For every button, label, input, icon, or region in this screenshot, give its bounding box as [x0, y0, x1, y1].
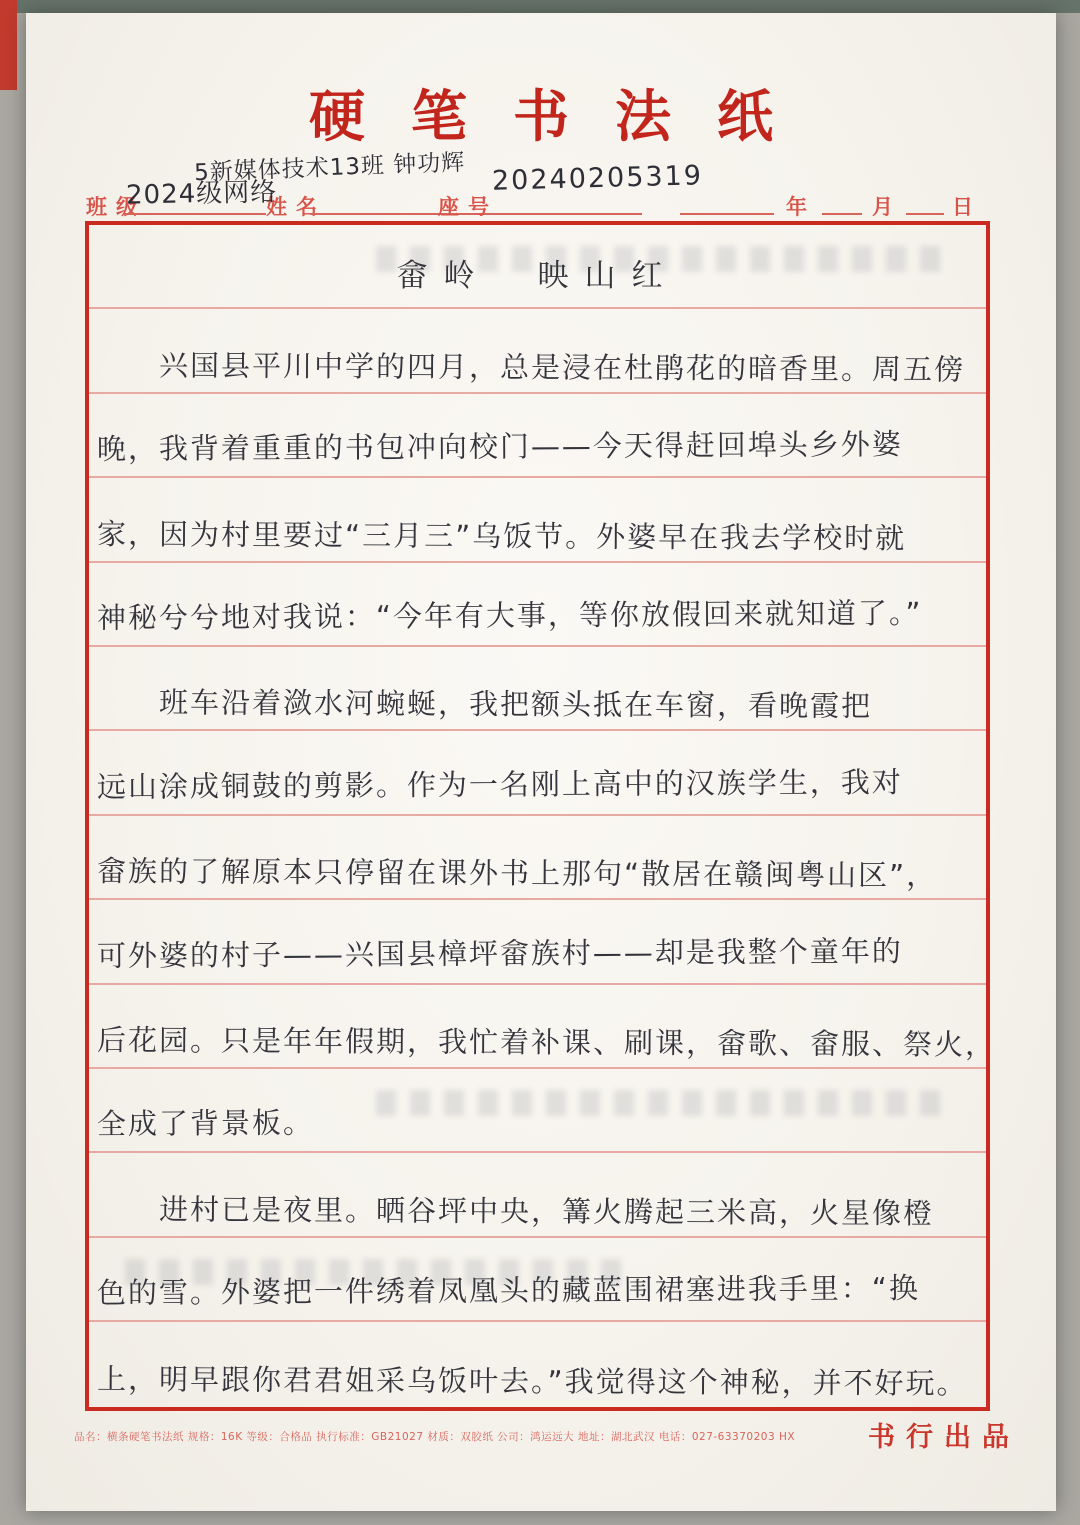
- essay-line: 远山涂成铜鼓的剪影。作为一名刚上高中的汉族学生，我对: [89, 731, 986, 815]
- month-label: 月: [872, 191, 893, 221]
- adjacent-page-edge: [0, 0, 17, 90]
- handwritten-class: 2024级网络: [126, 171, 278, 211]
- essay-line: 上，明早跟你君君姐采乌饭叶去。”我觉得这个神秘，并不好玩。: [89, 1322, 986, 1406]
- essay-line-text: 晚，我背着重重的书包冲向校门——今天得赶回埠头乡外婆: [97, 422, 903, 468]
- handwritten-seat: 20240205319: [492, 160, 704, 197]
- year-label: 年: [786, 191, 807, 221]
- publisher-mark: 书行出品: [868, 1415, 1020, 1454]
- essay-line-text: 家，因为村里要过“三月三”乌饭节。外婆早在我去学校时就: [97, 512, 906, 557]
- day-blank: [906, 185, 944, 215]
- essay-line-text: 畲族的了解原本只停留在课外书上那句“散居在赣闽粤山区”，: [97, 849, 937, 894]
- page-title: 硬笔书法纸: [26, 73, 1056, 153]
- essay-line: 后花园。只是年年假期，我忙着补课、刷课，畲歌、畲服、祭火，: [89, 985, 986, 1069]
- essay-line-text: 远山涂成铜鼓的剪影。作为一名刚上高中的汉族学生，我对: [97, 760, 903, 806]
- essay-line-text: 兴国县平川中学的四月，总是浸在杜鹃花的暗香里。周五傍: [97, 343, 965, 389]
- essay-line-text: 后花园。只是年年假期，我忙着补课、刷课，畲歌、畲服、祭火，: [97, 1018, 996, 1064]
- day-label: 日: [952, 191, 973, 221]
- essay-line: 班车沿着潋水河蜿蜒，我把额头抵在车窗，看晚霞把: [89, 647, 986, 731]
- essay-line: 家，因为村里要过“三月三”乌饭节。外婆早在我去学校时就: [89, 478, 986, 562]
- essay-line: 兴国县平川中学的四月，总是浸在杜鹃花的暗香里。周五傍: [89, 309, 986, 393]
- essay-title-row: 畲岭 映山红: [89, 225, 986, 309]
- essay-line-text: 神秘兮兮地对我说：“今年有大事，等你放假回来就知道了。”: [97, 591, 923, 637]
- essay-line: 全成了背景板。: [89, 1069, 986, 1153]
- essay-line: 进村已是夜里。晒谷坪中央，篝火腾起三米高，火星像橙: [89, 1153, 986, 1237]
- essay-line: 畲族的了解原本只停留在课外书上那句“散居在赣闽粤山区”，: [89, 816, 986, 900]
- product-info: 品名：横条硬笔书法纸 规格：16K 等级：合格品 执行标准：GB21027 材质…: [74, 1429, 795, 1444]
- photo-edge-strip: [0, 0, 1080, 13]
- month-blank: [822, 185, 862, 215]
- essay-line-text: 班车沿着潋水河蜿蜒，我把额头抵在车窗，看晚霞把: [97, 680, 872, 725]
- essay-line: 可外婆的村子——兴国县樟坪畲族村——却是我整个童年的: [89, 900, 986, 984]
- essay-line-text: 可外婆的村子——兴国县樟坪畲族村——却是我整个童年的: [97, 929, 903, 975]
- calligraphy-paper: 硬笔书法纸 班级 姓名 座号 年 月 日 5新媒体技术13班 钟功辉 2024级…: [26, 13, 1056, 1511]
- essay-line-text: 全成了背景板。: [97, 1101, 314, 1143]
- essay-line-text: 上，明早跟你君君姐采乌饭叶去。”我觉得这个神秘，并不好玩。: [97, 1357, 968, 1403]
- essay-line-text: 色的雪。外婆把一件绣着凤凰头的藏蓝围裙塞进我手里：“换: [97, 1266, 920, 1312]
- essay-line: 神秘兮兮地对我说：“今年有大事，等你放假回来就知道了。”: [89, 563, 986, 647]
- essay-line: 色的雪。外婆把一件绣着凤凰头的藏蓝围裙塞进我手里：“换: [89, 1238, 986, 1322]
- essay-line: 晚，我背着重重的书包冲向校门——今天得赶回埠头乡外婆: [89, 394, 986, 478]
- photo-background: 硬笔书法纸 班级 姓名 座号 年 月 日 5新媒体技术13班 钟功辉 2024级…: [0, 0, 1080, 1525]
- essay-title: 畲岭 映山红: [397, 250, 679, 295]
- essay-line-text: 进村已是夜里。晒谷坪中央，篝火腾起三米高，火星像橙: [97, 1187, 934, 1232]
- writing-area: 畲岭 映山红 兴国县平川中学的四月，总是浸在杜鹃花的暗香里。周五傍 晚，我背着重…: [85, 221, 990, 1411]
